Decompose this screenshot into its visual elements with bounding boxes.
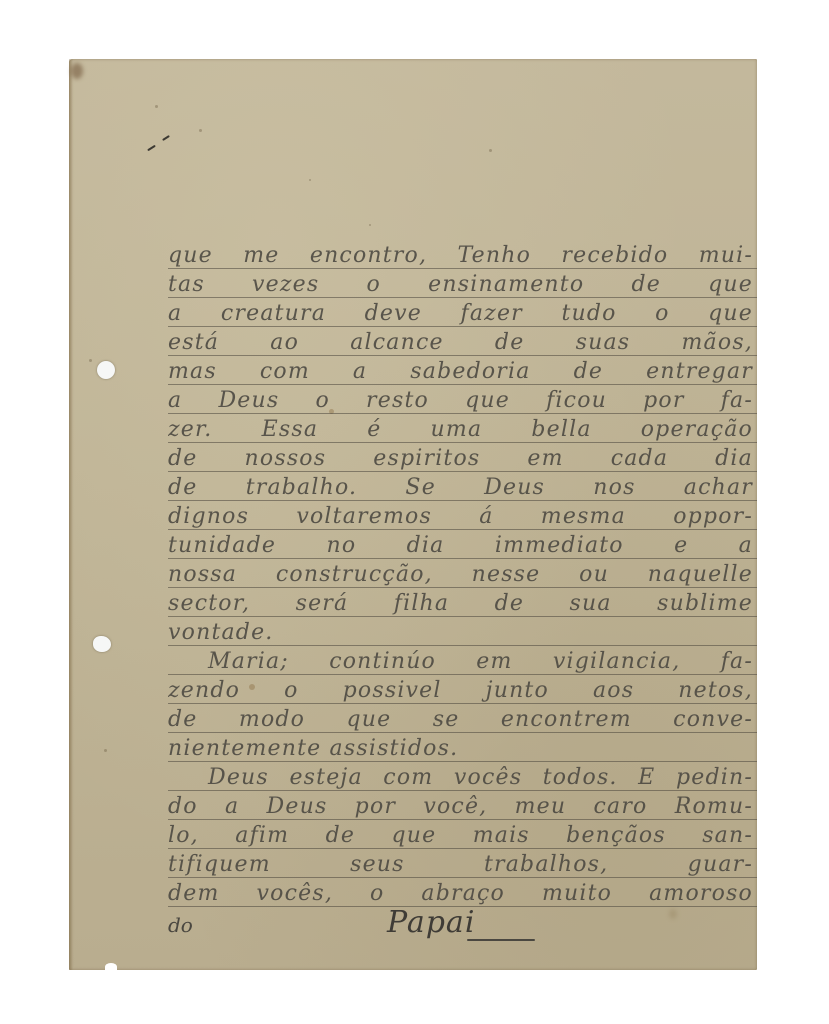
handwritten-line: do a Deus por você, meu caro Romu- bbox=[168, 792, 753, 821]
scan-background: que me encontro, Tenho recebido mui-tas … bbox=[0, 0, 829, 1024]
handwritten-line: zendo o possivel junto aos netos, bbox=[168, 676, 753, 705]
pencil-mark bbox=[147, 145, 156, 151]
handwritten-line: mas com a sabedoria de entregar bbox=[168, 357, 753, 386]
handwritten-line: Deus esteja com vocês todos. E pedin- bbox=[168, 763, 753, 792]
signature-underline bbox=[467, 939, 535, 941]
punch-hole bbox=[93, 636, 111, 652]
handwritten-line: que me encontro, Tenho recebido mui- bbox=[168, 241, 753, 270]
pencil-mark bbox=[162, 135, 170, 141]
paper-speck bbox=[199, 129, 202, 132]
paper-speck bbox=[669, 909, 677, 919]
paper-speck bbox=[369, 224, 371, 226]
handwritten-line: de nossos espiritos em cada dia bbox=[168, 444, 753, 473]
closing-word: do bbox=[168, 913, 193, 937]
handwritten-line: lo, afim de que mais bençãos san- bbox=[168, 821, 753, 850]
handwritten-line: tifiquem seus trabalhos, guar- bbox=[168, 850, 753, 879]
signature: Papai bbox=[387, 905, 475, 940]
paper-speck bbox=[309, 179, 311, 181]
corner-stain bbox=[71, 63, 83, 79]
paper-speck bbox=[489, 149, 492, 152]
letter-page: que me encontro, Tenho recebido mui-tas … bbox=[69, 59, 757, 970]
handwritten-line: dem vocês, o abraço muito amoroso bbox=[168, 879, 753, 908]
handwritten-line: nientemente assistidos. bbox=[168, 734, 753, 763]
paper-speck bbox=[155, 105, 158, 108]
handwritten-line: vontade. bbox=[168, 618, 753, 647]
paper-edge bbox=[69, 59, 73, 970]
handwritten-line: Maria; continúo em vigilancia, fa- bbox=[168, 647, 753, 676]
handwritten-line: tas vezes o ensinamento de que bbox=[168, 270, 753, 299]
handwritten-line: zer. Essa é uma bella operação bbox=[168, 415, 753, 444]
handwritten-line: dignos voltaremos á mesma oppor- bbox=[168, 502, 753, 531]
handwritten-line: a creatura deve fazer tudo o que bbox=[168, 299, 753, 328]
handwritten-line: nossa construcção, nesse ou naquelle bbox=[168, 560, 753, 589]
bottom-edge-notch bbox=[105, 963, 117, 971]
paper-speck bbox=[104, 749, 107, 752]
handwritten-line: a Deus o resto que ficou por fa- bbox=[168, 386, 753, 415]
handwritten-line: de modo que se encontrem conve- bbox=[168, 705, 753, 734]
handwritten-line: está ao alcance de suas mãos, bbox=[168, 328, 753, 357]
punch-hole bbox=[97, 361, 115, 379]
paper-speck bbox=[89, 359, 92, 362]
handwritten-line: de trabalho. Se Deus nos achar bbox=[168, 473, 753, 502]
handwritten-line: sector, será filha de sua sublime bbox=[168, 589, 753, 618]
handwritten-line: tunidade no dia immediato e a bbox=[168, 531, 753, 560]
